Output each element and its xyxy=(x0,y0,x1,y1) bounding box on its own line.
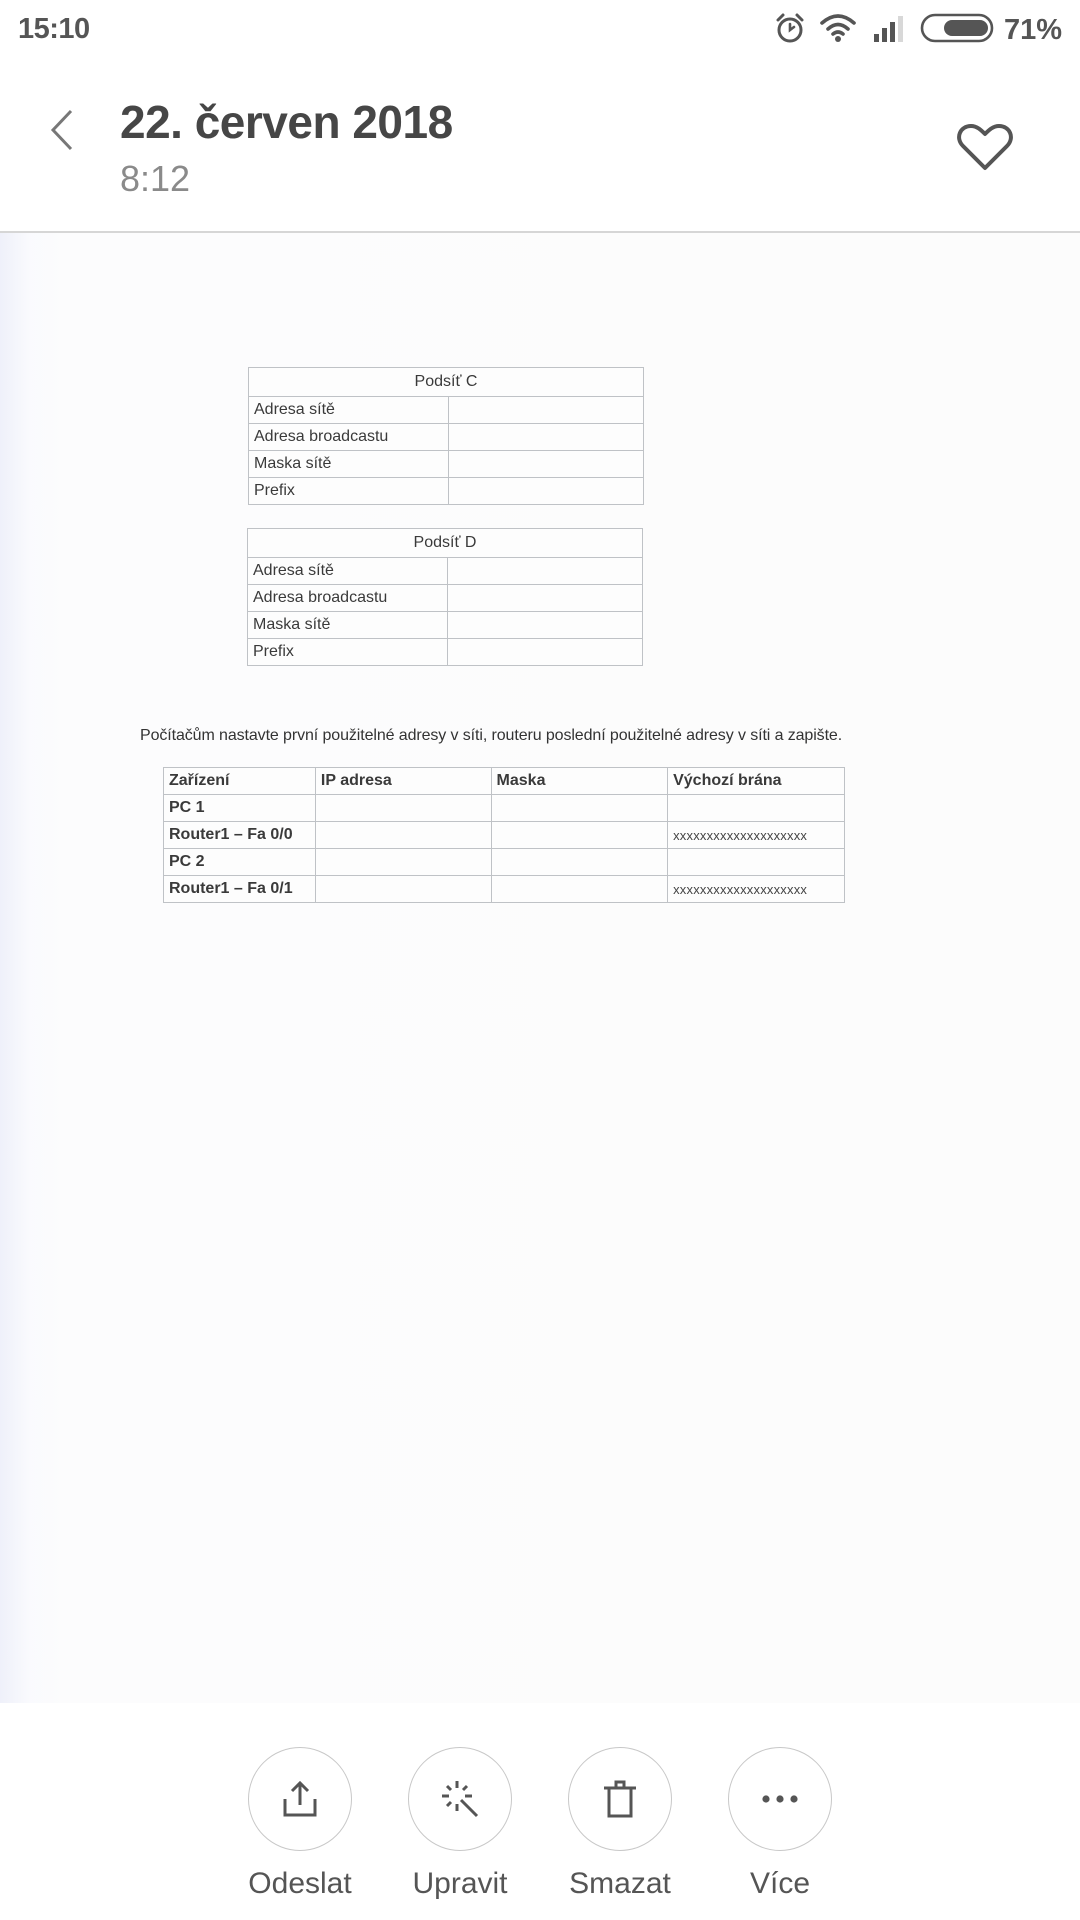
delete-label: Smazat xyxy=(569,1867,671,1901)
favorite-button[interactable] xyxy=(948,112,1022,182)
more-button[interactable]: Více xyxy=(715,1747,845,1901)
status-icons: 71% xyxy=(774,12,1062,48)
table-row: Adresa broadcastu xyxy=(249,424,644,451)
table-row: Prefix xyxy=(248,639,643,666)
heart-outline-icon xyxy=(956,122,1014,172)
magic-wand-icon xyxy=(440,1779,480,1819)
app-header: 22. červen 2018 8:12 xyxy=(0,60,1080,231)
back-button[interactable] xyxy=(40,100,84,160)
table-row: PC 1 xyxy=(164,795,845,822)
instruction-text: Počítačům nastavte první použitelné adre… xyxy=(140,727,842,745)
table-row: Router1 – Fa 0/0 xxxxxxxxxxxxxxxxxxxx xyxy=(164,822,845,849)
table-row: PC 2 xyxy=(164,849,845,876)
delete-button[interactable]: Smazat xyxy=(555,1747,685,1901)
column-header: Výchozí brána xyxy=(668,768,845,795)
table-row: Adresa broadcastu xyxy=(248,585,643,612)
signal-icon xyxy=(870,14,906,47)
more-dots-icon xyxy=(760,1793,800,1805)
more-label: Více xyxy=(750,1867,810,1901)
table-row: Adresa sítě xyxy=(249,397,644,424)
battery-icon xyxy=(920,12,994,49)
table-row: Router1 – Fa 0/1 xxxxxxxxxxxxxxxxxxxx xyxy=(164,876,845,903)
page-subtitle-time: 8:12 xyxy=(120,158,190,200)
wifi-icon xyxy=(820,13,856,48)
column-header: Maska xyxy=(491,768,668,795)
battery-percent: 71% xyxy=(1004,14,1062,47)
status-time: 15:10 xyxy=(18,13,90,46)
column-header: IP adresa xyxy=(315,768,491,795)
action-bar: Odeslat Upravit Smazat Více xyxy=(0,1703,1080,1920)
subnet-title: Podsíť C xyxy=(249,368,644,397)
page-title: 22. červen 2018 xyxy=(120,95,453,149)
device-table: Zařízení IP adresa Maska Výchozí brána P… xyxy=(163,767,845,903)
subnet-c-table: Podsíť C Adresa sítě Adresa broadcastu M… xyxy=(248,367,644,505)
photo-view[interactable]: Podsíť C Adresa sítě Adresa broadcastu M… xyxy=(0,233,1080,1703)
trash-icon xyxy=(600,1779,640,1819)
subnet-title: Podsíť D xyxy=(248,529,643,558)
column-header: Zařízení xyxy=(164,768,316,795)
send-button[interactable]: Odeslat xyxy=(235,1747,365,1901)
send-label: Odeslat xyxy=(248,1867,351,1901)
table-header-row: Zařízení IP adresa Maska Výchozí brána xyxy=(164,768,845,795)
table-row: Maska sítě xyxy=(249,451,644,478)
subnet-d-table: Podsíť D Adresa sítě Adresa broadcastu M… xyxy=(247,528,643,666)
chevron-left-icon xyxy=(47,108,77,152)
status-bar: 15:10 71% xyxy=(0,0,1080,60)
table-row: Adresa sítě xyxy=(248,558,643,585)
table-row: Prefix xyxy=(249,478,644,505)
edit-button[interactable]: Upravit xyxy=(395,1747,525,1901)
edit-label: Upravit xyxy=(412,1867,507,1901)
share-icon xyxy=(280,1779,320,1819)
alarm-icon xyxy=(774,12,806,49)
table-row: Maska sítě xyxy=(248,612,643,639)
